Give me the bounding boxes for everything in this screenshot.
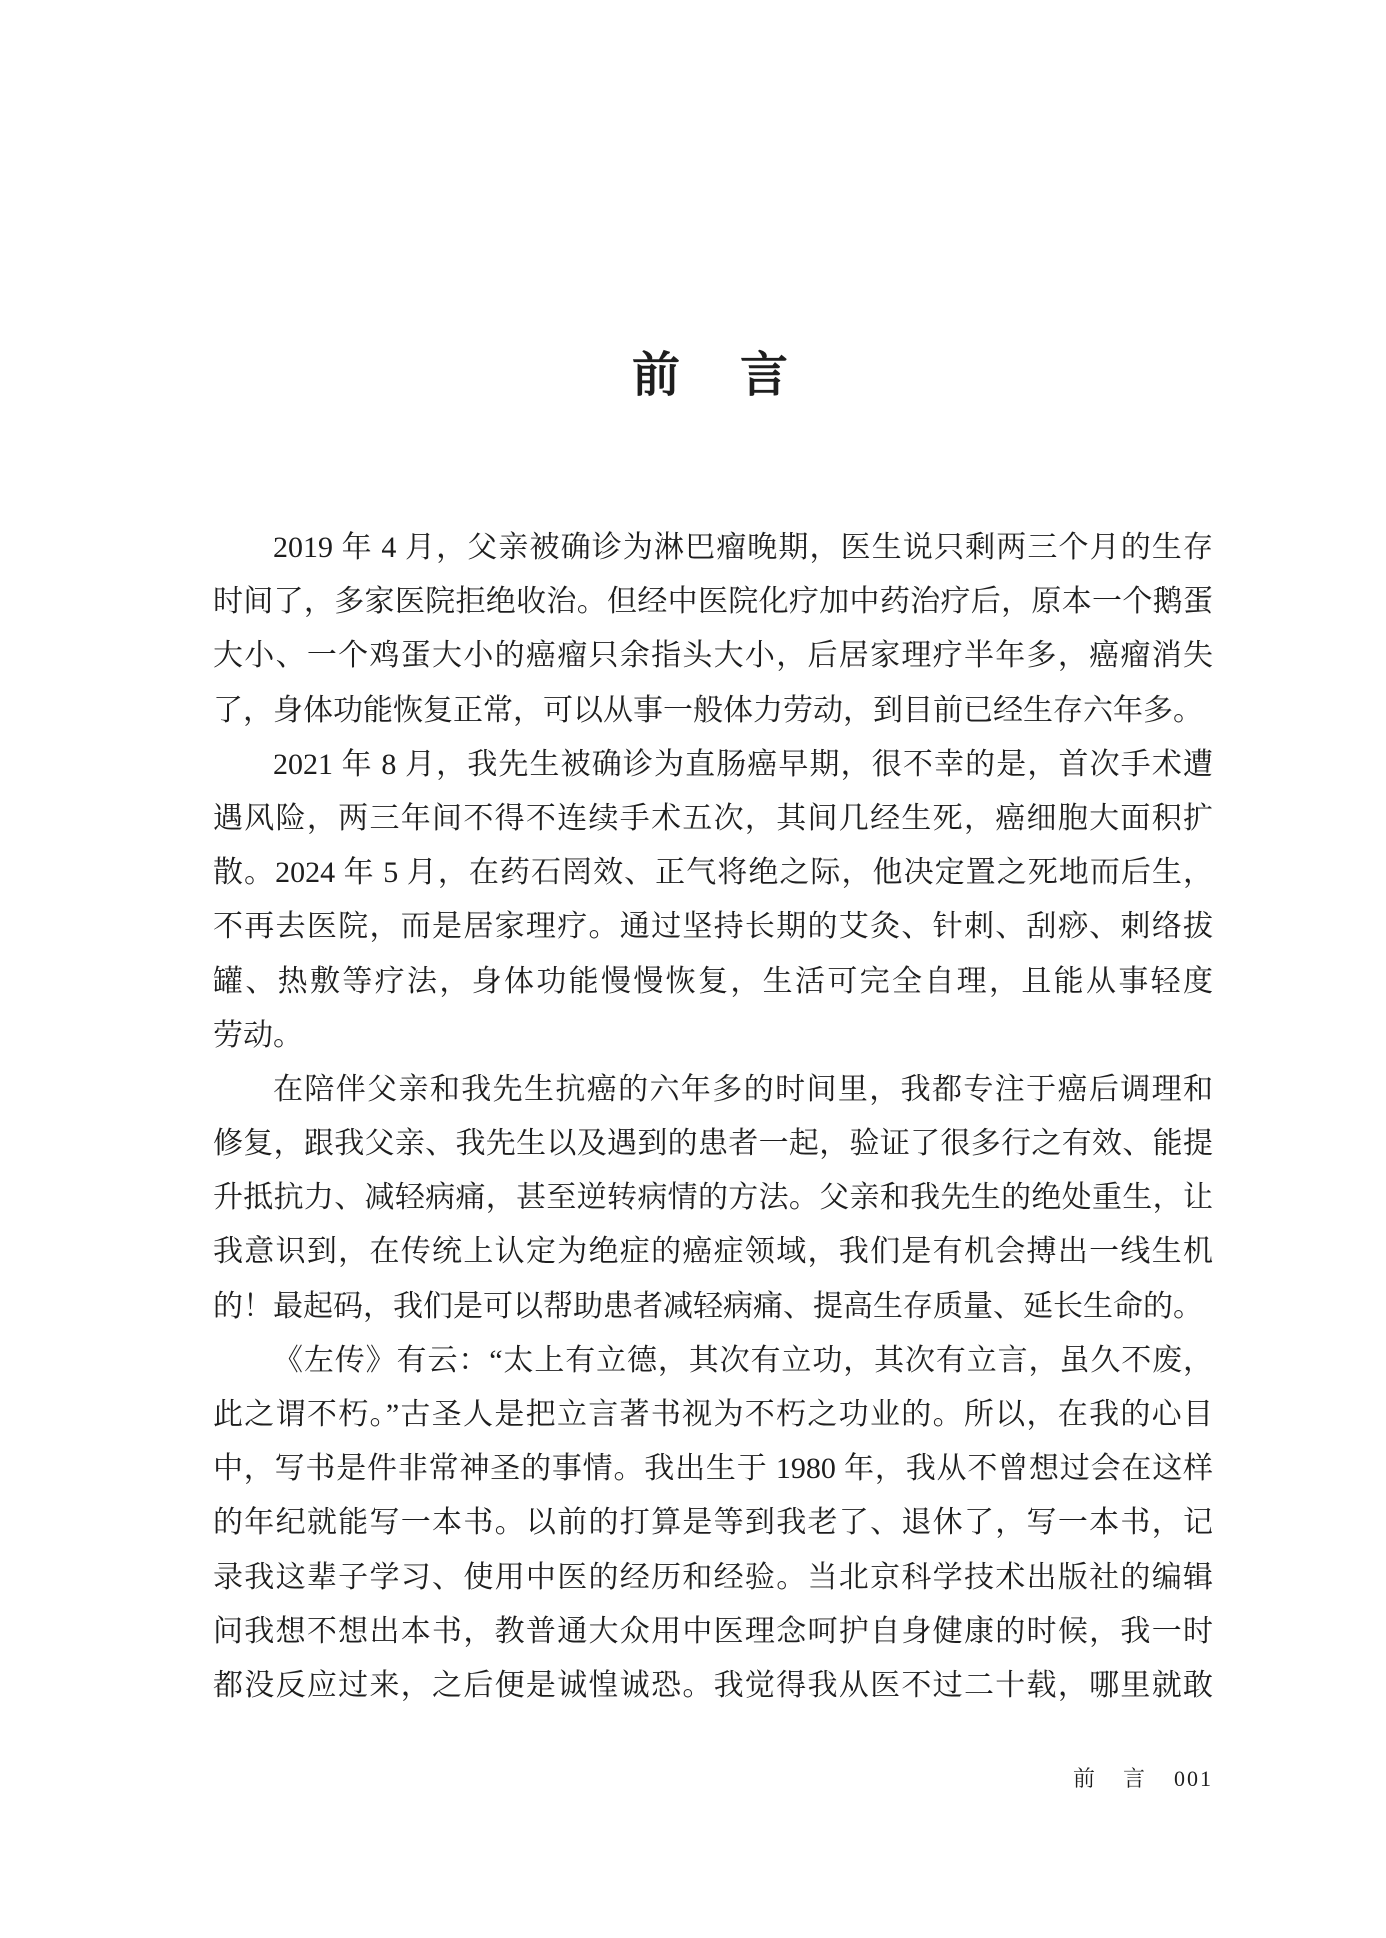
- text-line: 散。2024 年 5 月，在药石罔效、正气将绝之际，他决定置之死地而后生，: [213, 846, 1213, 900]
- footer-section-label: 前 言: [1073, 1766, 1148, 1791]
- text-line: 在陪伴父亲和我先生抗癌的六年多的时间里，我都专注于癌后调理和: [213, 1063, 1213, 1117]
- text-line: 不再去医院，而是居家理疗。通过坚持长期的艾灸、针刺、刮痧、刺络拔: [213, 900, 1213, 954]
- text-line: 升抵抗力、减轻病痛，甚至逆转病情的方法。父亲和我先生的绝处重生，让: [213, 1171, 1213, 1225]
- footer-page-number: 001: [1174, 1766, 1213, 1791]
- page-title: 前 言: [213, 348, 1213, 404]
- text-line: 修复，跟我父亲、我先生以及遇到的患者一起，验证了很多行之有效、能提: [213, 1117, 1213, 1171]
- text-line: 录我这辈子学习、使用中医的经历和经验。当北京科学技术出版社的编辑: [213, 1551, 1213, 1605]
- text-line: 问我想不想出本书，教普通大众用中医理念呵护自身健康的时候，我一时: [213, 1605, 1213, 1659]
- text-line: 都没反应过来，之后便是诚惶诚恐。我觉得我从医不过二十载，哪里就敢: [213, 1659, 1213, 1713]
- text-line: 罐、热敷等疗法，身体功能慢慢恢复，生活可完全自理，且能从事轻度: [213, 955, 1213, 1009]
- text-line: 时间了，多家医院拒绝收治。但经中医院化疗加中药治疗后，原本一个鹅蛋: [213, 575, 1213, 629]
- preface-body: 2019 年 4 月，父亲被确诊为淋巴瘤晚期，医生说只剩两三个月的生存时间了，多…: [213, 521, 1213, 1713]
- text-line: 的！最起码，我们是可以帮助患者减轻病痛、提高生存质量、延长生命的。: [213, 1280, 1213, 1334]
- text-line: 了，身体功能恢复正常，可以从事一般体力劳动，到目前已经生存六年多。: [213, 684, 1213, 738]
- page-footer: 前 言001: [213, 1767, 1213, 1791]
- text-line: 遇风险，两三年间不得不连续手术五次，其间几经生死，癌细胞大面积扩: [213, 792, 1213, 846]
- text-line: 中，写书是件非常神圣的事情。我出生于 1980 年，我从不曾想过会在这样: [213, 1442, 1213, 1496]
- text-line: 劳动。: [213, 1009, 1213, 1063]
- text-line: 2019 年 4 月，父亲被确诊为淋巴瘤晚期，医生说只剩两三个月的生存: [213, 521, 1213, 575]
- text-line: 2021 年 8 月，我先生被确诊为直肠癌早期，很不幸的是，首次手术遭: [213, 738, 1213, 792]
- book-page: 前 言 2019 年 4 月，父亲被确诊为淋巴瘤晚期，医生说只剩两三个月的生存时…: [0, 0, 1386, 1938]
- text-line: 此之谓不朽。”古圣人是把立言著书视为不朽之功业的。所以，在我的心目: [213, 1388, 1213, 1442]
- text-line: 大小、一个鸡蛋大小的癌瘤只余指头大小，后居家理疗半年多，癌瘤消失: [213, 629, 1213, 683]
- text-line: 《左传》有云：“太上有立德，其次有立功，其次有立言，虽久不废，: [213, 1334, 1213, 1388]
- text-line: 的年纪就能写一本书。以前的打算是等到我老了、退休了，写一本书，记: [213, 1496, 1213, 1550]
- text-line: 我意识到，在传统上认定为绝症的癌症领域，我们是有机会搏出一线生机: [213, 1225, 1213, 1279]
